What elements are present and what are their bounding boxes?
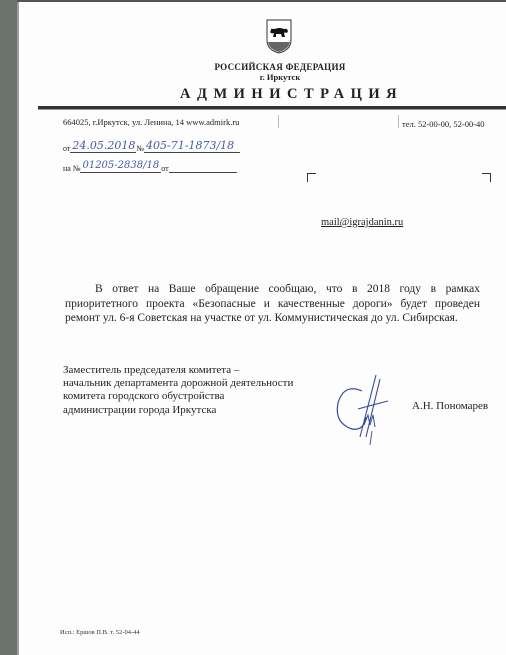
number-value: 405-71-1873/18 (144, 140, 240, 153)
divider (278, 115, 279, 128)
position-line: начальник департамента дорожной деятельн… (63, 377, 293, 390)
incoming-date-prefix: от (161, 164, 168, 173)
divider (398, 115, 399, 128)
position-line: Заместитель председателя комитета – (63, 364, 293, 377)
address-line: 664025, г.Иркутск, ул. Ленина, 14 www.ad… (63, 117, 239, 127)
header-rule (38, 106, 506, 109)
address-corner-left (307, 173, 316, 182)
number-prefix: № (136, 144, 144, 153)
date-value: 24.05.2018 (70, 140, 136, 153)
address-corner-right (482, 173, 491, 182)
position-line: администрации города Иркутска (63, 404, 293, 417)
city-name: г. Иркутск (0, 72, 506, 82)
signatory-position: Заместитель председателя комитета – нача… (63, 364, 293, 417)
country-name: РОССИЙСКАЯ ФЕДЕРАЦИЯ (0, 62, 506, 72)
incoming-prefix: на № (63, 164, 80, 173)
scan-border-left (0, 0, 17, 655)
outgoing-reference: от 24.05.2018 № 405-71-1873/18 (63, 140, 240, 153)
date-prefix: от (63, 144, 70, 153)
incoming-reference: на № 01205-2838/18 от (63, 160, 237, 173)
handwritten-signature-icon (330, 365, 400, 447)
letter-body: В ответ на Ваше обращение сообщаю, что в… (65, 282, 480, 326)
position-line: комитета городского обустройства (63, 390, 293, 403)
executor-note: Исп.: Ершов П.В. т. 52-04-44 (60, 629, 140, 636)
signer-name: А.Н. Пономарев (412, 400, 488, 412)
phone-line: тел. 52-00-00, 52-00-40 (402, 119, 485, 129)
body-paragraph: В ответ на Ваше обращение сообщаю, что в… (65, 283, 480, 324)
organization-title: АДМИНИСТРАЦИЯ (180, 86, 403, 103)
incoming-date-value (169, 162, 237, 173)
incoming-number: 01205-2838/18 (80, 160, 161, 173)
recipient-email: mail@igrajdanin.ru (321, 217, 403, 228)
irkutsk-coat-of-arms-icon (265, 18, 293, 54)
